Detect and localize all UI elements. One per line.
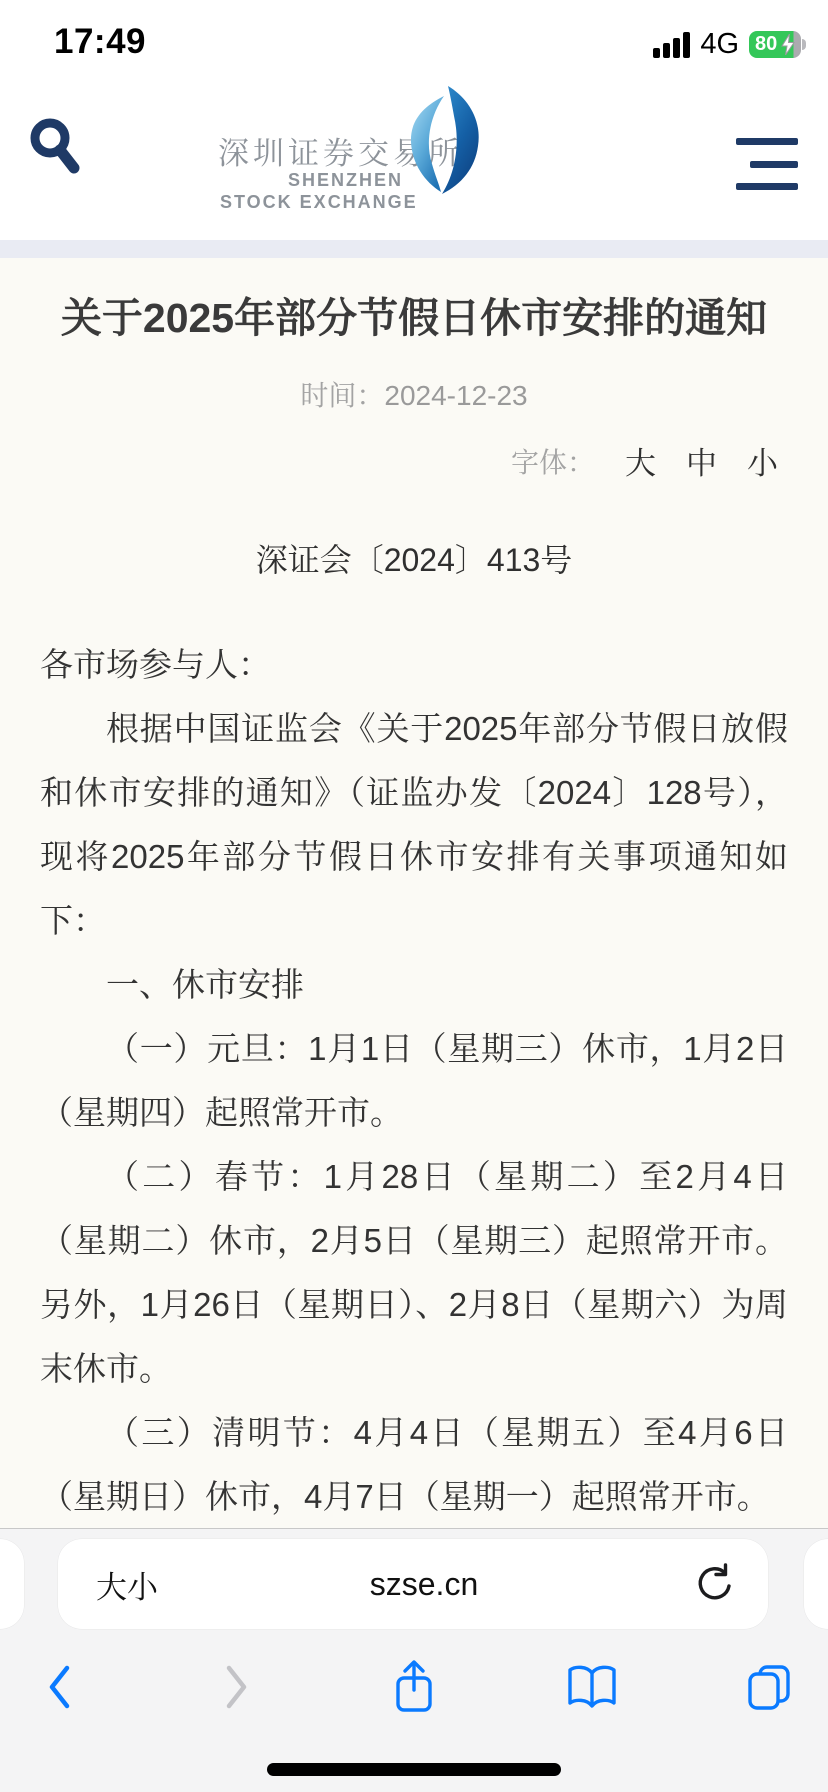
- hamburger-icon: [736, 138, 798, 145]
- tabs-button[interactable]: [740, 1658, 798, 1716]
- clock: 17:49: [54, 22, 146, 62]
- time-value: 2024-12-23: [384, 380, 527, 411]
- battery-percent: 80: [749, 31, 777, 58]
- browser-chrome: 大小 szse.cn: [0, 1528, 828, 1792]
- paragraph: 各市场参与人：: [40, 633, 788, 697]
- previous-tab-stub[interactable]: [0, 1539, 24, 1629]
- logo-english-line1: SHENZHEN: [288, 170, 403, 191]
- font-size-label: 字体：: [511, 441, 595, 481]
- status-bar: 17:49 4G 80: [0, 0, 828, 62]
- page-title: 关于2025年部分节假日休市安排的通知: [28, 292, 800, 344]
- menu-button[interactable]: [736, 138, 798, 190]
- share-icon: [391, 1658, 437, 1716]
- document-number: 深证会〔2024〕413号: [0, 535, 828, 581]
- forward-button[interactable]: [208, 1658, 266, 1716]
- battery-indicator: 80: [749, 31, 806, 58]
- network-type-label: 4G: [700, 28, 739, 61]
- tabs-icon: [744, 1662, 794, 1712]
- share-button[interactable]: [385, 1658, 443, 1716]
- szse-logo-mark-icon: [402, 84, 486, 196]
- time-label: 时间：: [300, 380, 384, 411]
- paragraph: 一、休市安排: [40, 953, 788, 1017]
- paragraph: （三）清明节：4月4日（星期五）至4月6日（星期日）休市，4月7日（星期一）起照…: [40, 1401, 788, 1529]
- iphone-screen: 17:49 4G 80: [0, 0, 828, 1792]
- logo-english-line2: STOCK EXCHANGE: [220, 192, 418, 213]
- search-button[interactable]: [24, 114, 84, 178]
- bookmarks-button[interactable]: [563, 1658, 621, 1716]
- bookmarks-icon: [565, 1663, 619, 1711]
- battery-cap: [802, 39, 806, 50]
- status-icons: 4G 80: [653, 28, 806, 61]
- forward-icon: [222, 1662, 252, 1712]
- header-divider-band: [0, 240, 828, 258]
- back-button[interactable]: [30, 1658, 88, 1716]
- page-settings-button[interactable]: 大小: [58, 1562, 158, 1607]
- home-indicator[interactable]: [267, 1763, 561, 1776]
- font-size-row: 字体： 大 中 小: [0, 438, 778, 483]
- browser-toolbar: [30, 1657, 798, 1717]
- font-size-small-button[interactable]: 小: [747, 438, 778, 483]
- url-text: szse.cn: [158, 1566, 690, 1603]
- paragraph: （二）春节：1月28日（星期二）至2月4日（星期二）休市，2月5日（星期三）起照…: [40, 1145, 788, 1401]
- reload-button[interactable]: [690, 1562, 768, 1606]
- next-tab-stub[interactable]: [804, 1539, 828, 1629]
- charging-bolt-icon: [781, 34, 795, 55]
- font-size-large-button[interactable]: 大: [625, 438, 656, 483]
- reload-icon: [690, 1562, 734, 1606]
- font-size-medium-button[interactable]: 中: [686, 438, 717, 483]
- cellular-signal-icon: [653, 32, 690, 58]
- publish-time-row: 时间：2024-12-23: [0, 374, 828, 414]
- szse-logo[interactable]: 深圳证券交易所 SHENZHEN STOCK EXCHANGE: [218, 82, 498, 232]
- paragraph: 根据中国证监会《关于2025年部分节假日放假和休市安排的通知》（证监办发〔202…: [40, 697, 788, 953]
- back-icon: [44, 1662, 74, 1712]
- site-header: 深圳证券交易所 SHENZHEN STOCK EXCHANGE: [0, 62, 828, 240]
- address-bar[interactable]: 大小 szse.cn: [58, 1539, 768, 1629]
- search-icon: [24, 114, 84, 178]
- paragraph: （一）元旦：1月1日（星期三）休市，1月2日（星期四）起照常开市。: [40, 1017, 788, 1145]
